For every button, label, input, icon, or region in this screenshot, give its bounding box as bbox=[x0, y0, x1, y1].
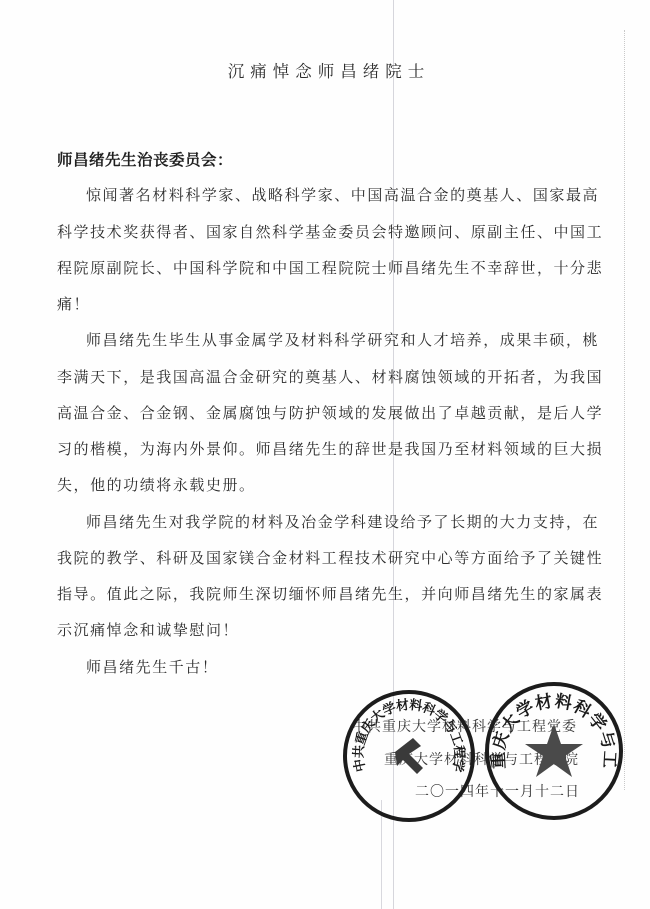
paragraph-1-line-1: 惊闻著名材料科学家、战略科学家、中国高温合金的奠基人、国家最高 bbox=[86, 184, 599, 205]
paragraph-1-line-4: 痛！ bbox=[57, 293, 90, 314]
paragraph-1-line-2: 科学技术奖获得者、国家自然科学基金委员会特邀顾问、原副主任、中国工 bbox=[57, 221, 603, 242]
paragraph-3-line-2: 我院的教学、科研及国家镁合金材料工程技术研究中心等方面给予了关键性 bbox=[57, 547, 603, 568]
seal-party-committee: 中共重庆大学材料科学与工程学院委员会 bbox=[343, 690, 475, 822]
paragraph-3-line-1: 师昌绪先生对我学院的材料及冶金学科建设给予了长期的大力支持，在 bbox=[86, 511, 599, 532]
closing-line: 师昌绪先生千古！ bbox=[86, 656, 218, 677]
seal-party-committee-graphic: 中共重庆大学材料科学与工程学院委员会 bbox=[347, 694, 471, 818]
paragraph-2-line-4: 习的楷模，为海内外景仰。师昌绪先生的辞世是我国乃至材料领域的巨大损 bbox=[57, 438, 603, 459]
scan-edge-marks bbox=[624, 30, 625, 790]
document-title: 沉痛悼念师昌绪院士 bbox=[0, 58, 650, 82]
paragraph-2-line-2: 李满天下，是我国高温合金研究的奠基人、材料腐蚀领域的开拓者，为我国 bbox=[57, 366, 603, 387]
seal-college-graphic: 重庆大学材料科学与工程学院 bbox=[489, 686, 619, 816]
document-page: 沉痛悼念师昌绪院士 师昌绪先生治丧委员会： 惊闻著名材料科学家、战略科学家、中国… bbox=[0, 0, 650, 909]
paragraph-3-line-4: 示沉痛悼念和诚挚慰问！ bbox=[57, 619, 239, 640]
paragraph-2-line-1: 师昌绪先生毕生从事金属学及材料科学研究和人才培养，成果丰硕，桃 bbox=[86, 329, 599, 350]
paragraph-3-line-3: 指导。值此之际，我院师生深切缅怀师昌绪先生，并向师昌绪先生的家属表 bbox=[57, 583, 603, 604]
paragraph-2-line-5: 失，他的功绩将永载史册。 bbox=[57, 474, 256, 495]
star-icon bbox=[525, 724, 583, 777]
seal-college: 重庆大学材料科学与工程学院 bbox=[485, 682, 623, 820]
paragraph-2-line-3: 高温合金、合金钢、金属腐蚀与防护领域的发展做出了卓越贡献，是后人学 bbox=[57, 402, 603, 423]
salutation: 师昌绪先生治丧委员会： bbox=[57, 148, 233, 170]
party-emblem-icon bbox=[395, 738, 423, 774]
paragraph-1-line-3: 程院原副院长、中国科学院和中国工程院院士师昌绪先生不幸辞世，十分悲 bbox=[57, 257, 603, 278]
